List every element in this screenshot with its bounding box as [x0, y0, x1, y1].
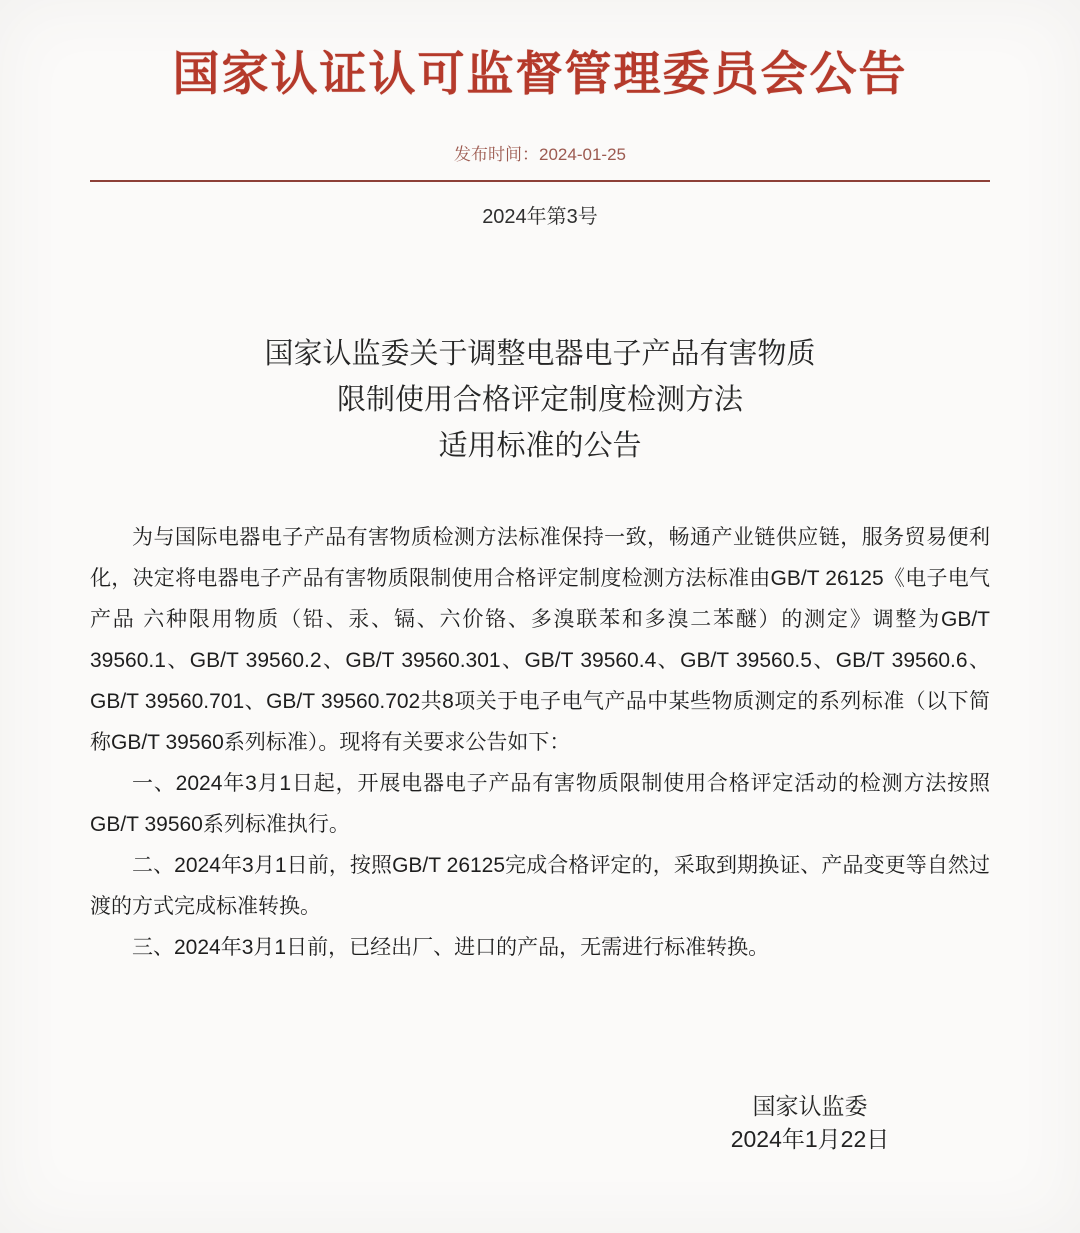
body-paragraph-item-2: 二、2024年3月1日前，按照GB/T 26125完成合格评定的，采取到期换证、… [90, 845, 990, 927]
signature-org: 国家认监委 [640, 1090, 980, 1123]
document-title: 国家认监委关于调整电器电子产品有害物质 限制使用合格评定制度检测方法 适用标准的… [0, 331, 1080, 469]
publish-time: 发布时间：2024-01-25 [0, 142, 1080, 168]
signature-block: 国家认监委 2024年1月22日 [640, 1090, 980, 1156]
document-body: 为与国际电器电子产品有害物质检测方法标准保持一致，畅通产业链供应链，服务贸易便利… [90, 517, 990, 968]
body-paragraph-item-3: 三、2024年3月1日前，已经出厂、进口的产品，无需进行标准转换。 [90, 927, 990, 968]
header-divider [90, 180, 990, 182]
announcement-page: 国家认证认可监督管理委员会公告 发布时间：2024-01-25 2024年第3号… [0, 0, 1080, 1233]
document-title-line-3: 适用标准的公告 [0, 423, 1080, 469]
document-issue-number: 2024年第3号 [0, 204, 1080, 230]
page-title: 国家认证认可监督管理委员会公告 [0, 44, 1080, 104]
document-title-line-2: 限制使用合格评定制度检测方法 [0, 377, 1080, 423]
body-paragraph-intro: 为与国际电器电子产品有害物质检测方法标准保持一致，畅通产业链供应链，服务贸易便利… [90, 517, 990, 763]
body-paragraph-item-1: 一、2024年3月1日起，开展电器电子产品有害物质限制使用合格评定活动的检测方法… [90, 763, 990, 845]
signature-date: 2024年1月22日 [640, 1123, 980, 1156]
document-title-line-1: 国家认监委关于调整电器电子产品有害物质 [0, 331, 1080, 377]
